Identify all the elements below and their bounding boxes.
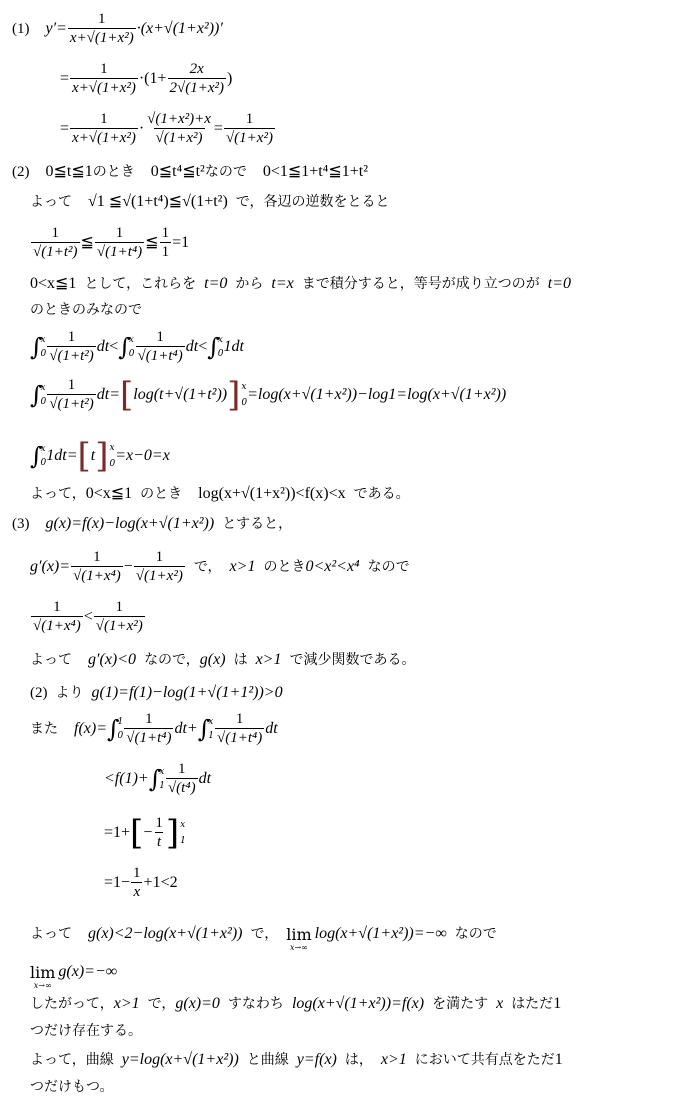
part2-line4: 0<x≦1 として，これらを t=0 から t=x まで積分すると，等号が成り立… — [30, 276, 571, 292]
math-text: log(x+√(1+x²))=f(x) — [292, 996, 424, 1012]
math-text: t=x — [271, 276, 293, 292]
fraction: 1√(t⁴) — [166, 762, 198, 796]
text: において共有点をただ — [415, 1053, 555, 1067]
part-label: (1) — [12, 22, 30, 37]
math-text: x>1 — [381, 1052, 407, 1068]
math-text: 0<1≦1+t⁴≦1+t² — [263, 164, 368, 180]
text: で， — [250, 927, 278, 941]
math-text: log(t+√(1+t²)) — [133, 387, 227, 403]
fraction: 1x+√(1+x²) — [70, 62, 138, 96]
part1-line1: (1) y′= 1x+√(1+x²) ·(x+√(1+x²))′ — [12, 12, 223, 46]
fraction: 1√(1+t⁴) — [95, 226, 144, 260]
math-text: < — [109, 339, 118, 355]
fraction: √(1+x²)+x√(1+x²) — [145, 112, 213, 146]
part3-line10: よって g(x)<2−log(x+√(1+x²)) で， limx→∞ log(… — [30, 915, 497, 952]
part-label: (2) — [12, 165, 30, 180]
text: よって — [30, 195, 72, 209]
math-text: 0≦t≦1 — [46, 164, 93, 180]
math-text: x — [496, 996, 503, 1012]
text: のときのみなので — [30, 303, 142, 317]
text: より — [56, 686, 84, 700]
math-text: g(x)=−∞ — [58, 964, 117, 980]
math-text: g(x) — [200, 652, 226, 668]
math-text: dt — [186, 339, 198, 355]
text: よって， — [30, 487, 86, 501]
math-text: 1 — [553, 996, 561, 1012]
text: よって，曲線 — [30, 1053, 114, 1067]
math-text: g(x)=0 — [175, 996, 220, 1012]
part2-line3: 1√(1+t²) ≦ 1√(1+t⁴) ≦ 11 =1 — [30, 226, 189, 260]
part3-line5: (2) より g(1)=f(1)−log(1+√(1+1²))>0 — [30, 685, 283, 701]
math-text: = — [214, 121, 223, 137]
math-text: =1− — [104, 875, 130, 891]
integral: ∫x0 — [30, 333, 46, 362]
math-text: < — [198, 339, 207, 355]
math-text: t=0 — [548, 276, 571, 292]
math-text: 0≦t⁴≦t² — [151, 164, 205, 180]
text: のとき — [93, 165, 135, 179]
text: で， — [194, 560, 222, 574]
text: よって — [30, 927, 72, 941]
math-text: 0<x≦1 — [30, 276, 76, 292]
text: したがって， — [30, 997, 114, 1011]
integral: ∫10 — [107, 715, 123, 744]
text: なので， — [144, 653, 200, 667]
bracket-limits: x1 — [180, 817, 186, 849]
math-text: ·(1+ — [139, 71, 167, 87]
math-text: dt — [97, 339, 109, 355]
math-text: g(x)=f(x)−log(x+√(1+x²)) — [46, 516, 215, 532]
part3-line8: =1+ [ − 1t ] x1 — [104, 816, 186, 850]
math-text: =log(x+√(1+x²))−log1=log(x+√(1+x²)) — [247, 387, 506, 403]
part3-line6: また f(x)= ∫10 1√(1+t⁴) dt+ ∫x1 1√(1+t⁴) d… — [30, 712, 278, 746]
math-text: t=0 — [204, 276, 227, 292]
fraction: 1√(1+t⁴) — [124, 712, 173, 746]
part3-line11: limx→∞ g(x)=−∞ — [30, 953, 117, 990]
math-text: ≦ — [145, 235, 158, 251]
math-text: y′= — [46, 21, 67, 37]
text: すなわち — [228, 997, 284, 1011]
part3-line14: よって，曲線 y=log(x+√(1+x²)) と曲線 y=f(x) は， x>… — [30, 1052, 563, 1068]
part3-line13: つだけ存在する。 — [30, 1024, 142, 1038]
text: として，これらを — [84, 277, 196, 291]
math-text: 1dt= — [46, 448, 77, 464]
integral: ∫x0 — [30, 442, 46, 471]
text: また — [30, 722, 58, 736]
part-reference: (2) — [30, 686, 48, 701]
math-text: g′(x)= — [30, 559, 70, 575]
text: なので — [205, 165, 247, 179]
part3-line1: (3) g(x)=f(x)−log(x+√(1+x²)) とすると， — [12, 516, 292, 532]
text: とすると， — [222, 517, 292, 531]
integral: ∫x0 — [30, 381, 46, 410]
fraction: 1x — [131, 866, 143, 900]
math-text: 0<x²<x⁴ — [305, 559, 359, 575]
part-label: (3) — [12, 517, 30, 532]
part3-line4: よって g′(x)<0 なので， g(x) は x>1 で減少関数である。 — [30, 652, 415, 668]
math-text: √1 ≦√(1+t⁴)≦√(1+t²) — [88, 194, 228, 210]
math-text: +1<2 — [144, 875, 178, 891]
math-text: g(x)<2−log(x+√(1+x²)) — [88, 926, 242, 942]
math-text: g′(x)<0 — [88, 652, 136, 668]
limit-operator: limx→∞ — [286, 927, 311, 952]
integral: ∫x0 — [207, 333, 223, 362]
fraction: 1t — [153, 816, 165, 850]
fraction: 1x+√(1+x²) — [70, 112, 138, 146]
math-text: x>1 — [256, 652, 282, 668]
part3-line7: <f(1)+ ∫x1 1√(t⁴) dt — [104, 762, 211, 796]
fraction: 1√(1+x²) — [224, 112, 275, 146]
fraction: 1√(1+t⁴) — [136, 330, 185, 364]
math-text: log(x+√(1+x²))<f(x)<x — [198, 486, 345, 502]
right-bracket: ] — [166, 818, 179, 849]
part2-line8: ∫x0 1dt= [ t ] x0 =x−0=x — [30, 440, 170, 472]
text: なので — [455, 927, 497, 941]
math-text: f(x)= — [74, 721, 107, 737]
fraction: 11 — [160, 226, 172, 260]
text: つだけもつ。 — [30, 1080, 113, 1094]
fraction: 1√(1+t²) — [31, 226, 80, 260]
math-text: x>1 — [114, 996, 140, 1012]
text: から — [235, 277, 263, 291]
math-text: − — [124, 559, 133, 575]
math-text: =1 — [172, 235, 189, 251]
fraction: 1√(1+x²) — [94, 600, 145, 634]
text: で， — [148, 997, 176, 1011]
text: つだけ存在する。 — [30, 1024, 142, 1038]
text: なので — [368, 560, 410, 574]
fraction: 1√(1+x⁴) — [71, 550, 123, 584]
math-text: log(x+√(1+x²))=−∞ — [315, 926, 447, 942]
text: で，各辺の逆数をとると — [236, 195, 390, 209]
math-solution-document: (1) y′= 1x+√(1+x²) ·(x+√(1+x²))′ = 1x+√(… — [0, 0, 676, 1106]
text: は — [234, 653, 248, 667]
math-text: x>1 — [230, 559, 256, 575]
text: で減少関数である。 — [289, 653, 415, 667]
part1-line3: = 1x+√(1+x²) · √(1+x²)+x√(1+x²) = 1√(1+x… — [60, 112, 276, 146]
part3-line15: つだけもつ。 — [30, 1080, 113, 1094]
part1-line2: = 1x+√(1+x²) ·(1+ 2x2√(1+x²) ) — [60, 62, 232, 96]
text: よって — [30, 653, 72, 667]
fraction: 2x2√(1+x²) — [168, 62, 227, 96]
part3-line3: 1√(1+x⁴) < 1√(1+x²) — [30, 600, 146, 634]
part3-line12: したがって， x>1 で， g(x)=0 すなわち log(x+√(1+x²))… — [30, 996, 561, 1012]
part2-line9: よって， 0<x≦1 のとき log(x+√(1+x²))<f(x)<x である… — [30, 486, 410, 502]
integral: ∫x1 — [149, 765, 165, 794]
integral: ∫x0 — [118, 333, 134, 362]
math-text: y=f(x) — [297, 1052, 337, 1068]
math-text: < — [84, 609, 93, 625]
fraction: 1√(1+x⁴) — [31, 600, 83, 634]
math-text: y=log(x+√(1+x²)) — [122, 1052, 239, 1068]
math-text: 1 — [555, 1052, 563, 1068]
part2-line5: のときのみなので — [30, 303, 142, 317]
math-text: 1dt — [223, 339, 243, 355]
right-bracket: ] — [95, 441, 108, 472]
limit-operator: limx→∞ — [30, 965, 55, 990]
math-text: =1+ — [104, 825, 130, 841]
part2-line1: (2) 0≦t≦1 のとき 0≦t⁴≦t² なので 0<1≦1+t⁴≦1+t² — [12, 164, 368, 180]
part2-line2: よって √1 ≦√(1+t⁴)≦√(1+t²) で，各辺の逆数をとると — [30, 194, 390, 210]
math-text: = — [60, 121, 69, 137]
text: のとき — [140, 487, 182, 501]
fraction: 1√(1+x²) — [134, 550, 185, 584]
math-text: = — [60, 71, 69, 87]
left-bracket: [ — [130, 818, 143, 849]
right-bracket: ] — [227, 380, 240, 411]
math-text: g(1)=f(1)−log(1+√(1+1²))>0 — [92, 685, 283, 701]
fraction: 1√(1+t²) — [47, 378, 96, 412]
math-text: dt — [199, 771, 211, 787]
part2-line7: ∫x0 1√(1+t²) dt= [ log(t+√(1+t²)) ] x0 =… — [30, 378, 506, 412]
fraction: 1√(1+t²) — [47, 330, 96, 364]
text: は， — [345, 1053, 373, 1067]
math-text: dt= — [97, 387, 120, 403]
text: である。 — [354, 487, 410, 501]
part3-line9: =1− 1x +1<2 — [104, 866, 178, 900]
text: と曲線 — [247, 1053, 289, 1067]
part2-line6: ∫x0 1√(1+t²) dt < ∫x0 1√(1+t⁴) dt < ∫x0 … — [30, 330, 244, 364]
math-text: · — [139, 121, 144, 137]
left-bracket: [ — [78, 441, 91, 472]
math-text: 0<x≦1 — [86, 486, 132, 502]
integral: ∫x1 — [198, 715, 214, 744]
text: を満たす — [432, 997, 488, 1011]
text: まで積分すると，等号が成り立つのが — [302, 277, 540, 291]
math-text: ·(x+√(1+x²))′ — [137, 21, 223, 37]
left-bracket: [ — [120, 380, 133, 411]
math-text: <f(1)+ — [104, 771, 149, 787]
text: はただ — [511, 997, 553, 1011]
math-text: dt+ — [174, 721, 197, 737]
math-text: ≦ — [81, 235, 94, 251]
part3-line2: g′(x)= 1√(1+x⁴) − 1√(1+x²) で， x>1 のとき 0<… — [30, 550, 410, 584]
math-text: − — [143, 825, 152, 841]
math-text: =x−0=x — [115, 448, 170, 464]
fraction: 1x+√(1+x²) — [68, 12, 136, 46]
text: のとき — [263, 560, 305, 574]
fraction: 1√(1+t⁴) — [215, 712, 264, 746]
math-text: ) — [227, 71, 232, 87]
math-text: dt — [265, 721, 277, 737]
